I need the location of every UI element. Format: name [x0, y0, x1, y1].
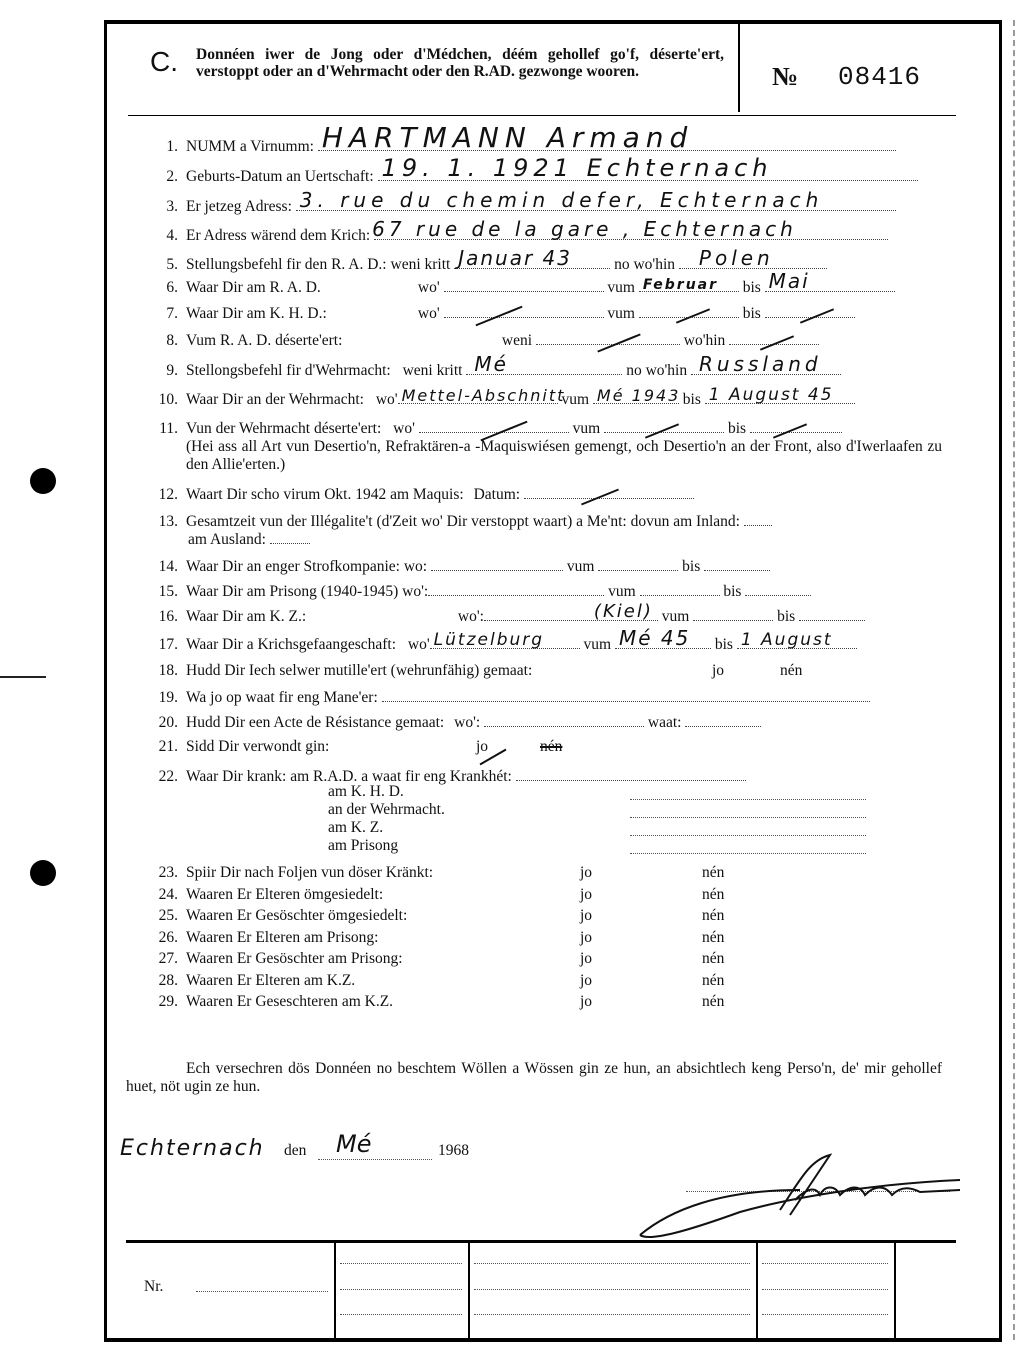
illness-prison-label: am Prisong: [328, 837, 398, 855]
question-label: Er Adress wärend dem Krich:: [186, 227, 370, 244]
form-number: 08416: [838, 62, 921, 92]
illness-prison-field[interactable]: [630, 852, 866, 854]
question-5: 5.Stellungsbefehl fir den R. A. D.: weni…: [146, 254, 827, 274]
question-number: 12.: [146, 486, 178, 504]
wehrmacht-destination-field[interactable]: Russland: [691, 360, 841, 375]
question-label: Waaren Er Gesöschter am Prisong:: [186, 950, 403, 967]
wo-label: wo': [418, 305, 440, 322]
question-number: 26.: [146, 929, 178, 947]
illness-kz-label: am K. Z.: [328, 819, 383, 837]
bis-label: bis: [777, 608, 795, 625]
q29-nen-option[interactable]: nén: [702, 993, 724, 1011]
q28-jo-option[interactable]: jo: [580, 972, 592, 990]
office-field[interactable]: [340, 1262, 462, 1264]
signing-year: 1968: [438, 1142, 469, 1160]
question-number: 22.: [146, 768, 178, 786]
declaration-text: Ech versechren dös Donnéen no beschtem W…: [126, 1060, 942, 1096]
rad-desertion-dest-field[interactable]: [729, 330, 819, 345]
question-number: 17.: [146, 636, 178, 654]
vum-label: vum: [607, 279, 635, 296]
wo-label: wo': [418, 279, 440, 296]
office-field[interactable]: [762, 1313, 888, 1315]
question-7: 7.Waar Dir am K. H. D.: wo' vum bis: [146, 303, 855, 323]
question-9: 9.Stellongsbefehl fir d'Wehrmacht: weni …: [146, 360, 841, 380]
dash-mark: [760, 335, 794, 350]
q21-jo-option[interactable]: jo: [476, 738, 488, 756]
question-8: 8.Vum R. A. D. déserte'ert: weni wo'hin: [146, 330, 819, 350]
punch-hole-top: [30, 468, 56, 494]
question-13-abroad: am Ausland:: [188, 529, 310, 549]
question-27: 27.Waaren Er Gesöschter am Prisong:: [146, 950, 403, 968]
wehrmacht-place-field[interactable]: Mettel-Abschnitt: [398, 389, 558, 404]
question-label: Waar Dir an enger Strofkompanie:: [186, 558, 400, 575]
question-28: 28.Waaren Er Elteren am K.Z.: [146, 972, 355, 990]
question-21: 21.Sidd Dir verwondt gin:: [146, 738, 329, 756]
inland-field[interactable]: [744, 511, 772, 526]
pow-to-field[interactable]: 1 August: [737, 634, 857, 649]
question-label: Waaren Er Elteren am Prisong:: [186, 929, 378, 946]
illness-wehrmacht-field[interactable]: [630, 816, 866, 818]
question-10: 10.Waar Dir an der Wehrmacht: wo'Mettel-…: [146, 389, 855, 409]
rad-desertion-date-field[interactable]: [536, 330, 680, 345]
q21-nen-option[interactable]: nén: [540, 738, 562, 756]
desertion-place-field[interactable]: [419, 418, 569, 433]
question-number: 19.: [146, 689, 178, 707]
q26-nen-option[interactable]: nén: [702, 929, 724, 947]
name-value: HARTMANN Armand: [322, 121, 694, 154]
weni-label: weni kritt: [391, 256, 451, 273]
question-label: NUMM a Virnumm:: [186, 138, 314, 155]
khd-to-field[interactable]: [765, 303, 855, 318]
rad-place-field[interactable]: [444, 277, 604, 292]
table-column-divider: [894, 1242, 896, 1338]
q26-jo-option[interactable]: jo: [580, 929, 592, 947]
office-field[interactable]: [762, 1288, 888, 1290]
rad-to-value: Mai: [769, 269, 810, 293]
question-4: 4.Er Adress wärend dem Krich: 67 rue de …: [146, 225, 888, 245]
office-field[interactable]: [474, 1262, 750, 1264]
question-label: Er jetzeg Adress:: [186, 198, 292, 215]
question-label: Waar Dir am R. A. D.: [186, 279, 414, 297]
header-rule: [128, 115, 956, 116]
question-label: Spiir Dir nach Foljen vun döser Kränkt:: [186, 864, 433, 881]
vum-label: vum: [662, 608, 690, 625]
dash-mark: [800, 308, 834, 323]
signing-place: Echternach: [120, 1136, 265, 1161]
wo-label: wo':: [454, 714, 480, 731]
datum-label: Datum:: [474, 486, 521, 503]
wehrmacht-from-field[interactable]: Mé 1943: [593, 389, 679, 404]
question-number: 1.: [146, 138, 178, 156]
dash-mark: [645, 423, 679, 438]
rad-from-field[interactable]: Februar: [639, 277, 739, 292]
current-address-value: 3. rue du chemin defer, Echternach: [300, 188, 824, 212]
nr-label: Nr.: [144, 1278, 163, 1296]
question-label: Hudd Dir Iech selwer mutille'ert (wehrun…: [186, 662, 532, 679]
rad-destination-field[interactable]: Polen: [679, 254, 827, 269]
table-column-divider: [334, 1242, 336, 1338]
question-11-note: (Hei ass all Art vun Desertio'n, Refrakt…: [186, 438, 942, 474]
vum-label: vum: [584, 636, 612, 653]
question-number: 18.: [146, 662, 178, 680]
khd-place-field[interactable]: [444, 303, 604, 318]
wo-label: wo': [408, 636, 430, 653]
prison-to-field[interactable]: [745, 581, 811, 596]
rad-destination-value: Polen: [699, 246, 774, 270]
wo-label: wo':: [402, 583, 428, 600]
question-22: 22.Waar Dir krank: am R.A.D. a waat fir …: [146, 766, 746, 786]
question-26: 26.Waaren Er Elteren am Prisong:: [146, 929, 378, 947]
question-16: 16.Waar Dir am K. Z.: wo':(Kiel) vum bis: [146, 606, 865, 626]
kz-to-field[interactable]: [799, 606, 865, 621]
question-number: 25.: [146, 907, 178, 925]
question-number: 16.: [146, 608, 178, 626]
pow-from-value: Mé 45: [619, 626, 690, 650]
wehrmacht-to-value: 1 August 45: [709, 385, 834, 405]
weni-label: weni: [502, 332, 532, 349]
q29-jo-option[interactable]: jo: [580, 993, 592, 1011]
birth-value: 19. 1. 1921 Echternach: [382, 154, 773, 182]
bis-label: bis: [723, 583, 741, 600]
question-label: Waaren Er Gesöschter ömgesiedelt:: [186, 907, 407, 924]
wohin-label: no wo'hin: [626, 362, 687, 379]
bis-label: bis: [683, 391, 701, 408]
question-number: 3.: [146, 198, 178, 216]
illness-kz-field[interactable]: [630, 834, 866, 836]
right-edge-perforation: [1013, 20, 1017, 1340]
name-field[interactable]: HARTMANN Armand: [318, 136, 896, 151]
question-number: 5.: [146, 256, 178, 274]
signing-month: Mé: [336, 1130, 371, 1158]
question-label: Hudd Dir een Acte de Résistance gemaat:: [186, 714, 444, 731]
wohin-label: no wo'hin: [614, 256, 675, 273]
illness-khd-label: am K. H. D.: [328, 783, 404, 801]
question-17: 17.Waar Dir a Krichsgefaangeschaft: wo'L…: [146, 634, 857, 654]
q27-nen-option[interactable]: nén: [702, 950, 724, 968]
question-label: Waart Dir scho virum Okt. 1942 am Maquis…: [186, 486, 464, 503]
illness-wehrmacht-label: an der Wehrmacht.: [328, 801, 445, 819]
bis-label: bis: [728, 420, 746, 437]
bis-label: bis: [682, 558, 700, 575]
war-address-value: 67 rue de la gare , Echternach: [372, 217, 797, 241]
nr-field[interactable]: [196, 1290, 328, 1292]
question-number: 28.: [146, 972, 178, 990]
office-field[interactable]: [340, 1288, 462, 1290]
number-symbol: №: [772, 62, 798, 92]
prison-place-field[interactable]: [428, 581, 604, 596]
pow-from-field[interactable]: Mé 45: [615, 634, 711, 649]
mutilation-method-field[interactable]: [382, 687, 870, 702]
resistance-place-field[interactable]: [484, 712, 644, 727]
section-letter: C.: [150, 46, 178, 78]
den-label: den: [284, 1142, 306, 1160]
question-number: 8.: [146, 332, 178, 350]
pow-place-value: Lützelburg: [434, 630, 544, 650]
kz-place-field[interactable]: (Kiel): [484, 606, 658, 621]
question-1: 1.NUMM a Virnumm: HARTMANN Armand: [146, 136, 896, 156]
question-number: 11.: [146, 420, 178, 438]
question-label: Waar Dir a Krichsgefaangeschaft:: [186, 636, 396, 653]
q23-nen-option[interactable]: nén: [702, 864, 724, 882]
wehrmacht-to-field[interactable]: 1 August 45: [705, 389, 855, 404]
wehrmacht-order-date-field[interactable]: Mé: [466, 360, 622, 375]
desertion-from-field[interactable]: [604, 418, 724, 433]
question-label: Waaren Er Elteren am K.Z.: [186, 972, 355, 989]
question-number: 27.: [146, 950, 178, 968]
vum-label: vum: [573, 420, 601, 437]
office-field[interactable]: [474, 1288, 750, 1290]
question-label: Waaren Er Geseschteren am K.Z.: [186, 993, 393, 1010]
bis-label: bis: [743, 305, 761, 322]
illness-khd-field[interactable]: [630, 798, 866, 800]
wehrmacht-place-value: Mettel-Abschnitt: [402, 386, 566, 405]
dash-mark: [773, 423, 807, 438]
signature-icon: [630, 1150, 990, 1250]
question-24: 24.Waaren Er Elteren ömgesiedelt:: [146, 886, 383, 904]
bis-label: bis: [743, 279, 761, 296]
punch-hole-bottom: [30, 860, 56, 886]
question-15: 15.Waar Dir am Prisong (1940-1945) wo': …: [146, 581, 811, 601]
question-number: 2.: [146, 168, 178, 186]
q18-nen-option[interactable]: nén: [780, 662, 802, 680]
vum-label: vum: [608, 583, 636, 600]
question-label: Waar Dir am Prisong (1940-1945): [186, 583, 398, 600]
wo-label: wo:: [404, 558, 427, 575]
wehrmacht-from-value: Mé 1943: [597, 386, 680, 405]
question-number: 10.: [146, 391, 178, 409]
wo-label: wo':: [458, 608, 484, 625]
question-label: Gesamtzeit vun der Illégalite't (d'Zeit …: [186, 513, 740, 530]
vum-label: vum: [607, 305, 635, 322]
dash-mark: [676, 308, 710, 323]
ausland-label: am Ausland:: [188, 531, 266, 548]
q28-nen-option[interactable]: nén: [702, 972, 724, 990]
question-number: 9.: [146, 362, 178, 380]
wehrmacht-destination-value: Russland: [699, 352, 822, 376]
question-number: 20.: [146, 714, 178, 732]
question-label: Stellongsbefehl fir d'Wehrmacht:: [186, 362, 391, 379]
table-column-divider: [468, 1242, 470, 1338]
khd-from-field[interactable]: [639, 303, 739, 318]
question-number: 24.: [146, 886, 178, 904]
office-field[interactable]: [474, 1313, 750, 1315]
bis-label: bis: [715, 636, 733, 653]
q25-nen-option[interactable]: nén: [702, 907, 724, 925]
question-number: 15.: [146, 583, 178, 601]
question-20: 20.Hudd Dir een Acte de Résistance gemaa…: [146, 712, 761, 732]
question-number: 13.: [146, 513, 178, 531]
question-25: 25.Waaren Er Gesöschter ömgesiedelt:: [146, 907, 407, 925]
form-title: Donnéen iwer de Jong oder d'Médchen, déé…: [196, 46, 724, 80]
question-number: 23.: [146, 864, 178, 882]
wehrmacht-order-date-value: Mé: [474, 352, 508, 376]
question-number: 21.: [146, 738, 178, 756]
office-field[interactable]: [762, 1262, 888, 1264]
form-page: C. Donnéen iwer de Jong oder d'Médchen, …: [0, 0, 1024, 1362]
question-number: 6.: [146, 279, 178, 297]
question-2: 2.Geburts-Datum an Uertschaft: 19. 1. 19…: [146, 166, 918, 186]
question-label: Waar Dir am K. H. D.:: [186, 305, 414, 323]
waat-label: waat:: [648, 714, 682, 731]
question-number: 4.: [146, 227, 178, 245]
strafkompanie-to-field[interactable]: [704, 556, 770, 571]
war-address-field[interactable]: 67 rue de la gare , Echternach: [374, 225, 888, 240]
question-number: 29.: [146, 993, 178, 1011]
weni-label: weni kritt: [403, 362, 463, 379]
question-label: Waar Dir an der Wehrmacht:: [186, 391, 364, 408]
wohin-label: wo'hin: [684, 332, 726, 349]
vum-label: vum: [567, 558, 595, 575]
current-address-field[interactable]: 3. rue du chemin defer, Echternach: [296, 196, 896, 211]
question-label: Waaren Er Elteren ömgesiedelt:: [186, 886, 383, 903]
question-11: 11.Vun der Wehrmacht déserte'ert: wo' vu…: [146, 418, 842, 438]
question-13: 13.Gesamtzeit vun der Illégalite't (d'Ze…: [146, 511, 772, 531]
fold-mark: [0, 676, 46, 678]
question-label: Wa jo op waat fir eng Mane'er:: [186, 689, 378, 706]
rad-order-date-value: Januar 43: [458, 246, 572, 270]
q27-jo-option[interactable]: jo: [580, 950, 592, 968]
rad-from-value: Februar: [643, 277, 718, 293]
header-divider: [738, 24, 740, 112]
kz-from-field[interactable]: [693, 606, 773, 621]
question-number: 14.: [146, 558, 178, 576]
rad-to-field[interactable]: Mai: [765, 277, 895, 292]
dash-mark: [581, 489, 619, 506]
q25-jo-option[interactable]: jo: [580, 907, 592, 925]
dash-mark: [597, 333, 640, 352]
question-23: 23.Spiir Dir nach Foljen vun döser Kränk…: [146, 864, 433, 882]
rad-order-date-field[interactable]: Januar 43: [454, 254, 610, 269]
pow-place-field[interactable]: Lützelburg: [430, 634, 580, 649]
question-label: Sidd Dir verwondt gin:: [186, 738, 329, 755]
ausland-field[interactable]: [270, 529, 310, 544]
kz-place-value: (Kiel): [594, 601, 653, 622]
resistance-act-field[interactable]: [685, 712, 761, 727]
pow-to-value: 1 August: [741, 630, 833, 650]
question-14: 14.Waar Dir an enger Strofkompanie: wo: …: [146, 556, 770, 576]
vum-label: vum: [561, 391, 589, 408]
question-6: 6.Waar Dir am R. A. D. wo' vum Februar b…: [146, 277, 895, 297]
maquis-date-field[interactable]: [524, 484, 694, 499]
table-column-divider: [756, 1242, 758, 1338]
q18-jo-option[interactable]: jo: [712, 662, 724, 680]
question-12: 12.Waart Dir scho virum Okt. 1942 am Maq…: [146, 484, 694, 504]
strafkompanie-place-field[interactable]: [431, 556, 563, 571]
question-label: Geburts-Datum an Uertschaft:: [186, 168, 374, 185]
q24-jo-option[interactable]: jo: [580, 886, 592, 904]
birth-field[interactable]: 19. 1. 1921 Echternach: [378, 166, 918, 181]
question-label: Vun der Wehrmacht déserte'ert:: [186, 420, 381, 437]
question-19: 19.Wa jo op waat fir eng Mane'er:: [146, 687, 870, 707]
wo-label: wo': [376, 391, 398, 408]
question-29: 29.Waaren Er Geseschteren am K.Z.: [146, 993, 393, 1011]
question-number: 7.: [146, 305, 178, 323]
question-label: Stellungsbefehl fir den R. A. D.:: [186, 256, 387, 273]
desertion-to-field[interactable]: [750, 418, 842, 433]
question-label: Waar Dir am K. Z.:: [186, 608, 454, 626]
signing-month-field[interactable]: [318, 1158, 432, 1160]
prison-from-field[interactable]: [640, 581, 720, 596]
office-field[interactable]: [340, 1313, 462, 1315]
illness-rad-field[interactable]: [516, 766, 746, 781]
q24-nen-option[interactable]: nén: [702, 886, 724, 904]
question-18: 18.Hudd Dir Iech selwer mutille'ert (weh…: [146, 662, 532, 680]
strafkompanie-from-field[interactable]: [598, 556, 678, 571]
question-label: Vum R. A. D. déserte'ert:: [186, 332, 498, 350]
office-section-rule: [126, 1240, 956, 1243]
question-3: 3.Er jetzeg Adress: 3. rue du chemin def…: [146, 196, 896, 216]
q23-jo-option[interactable]: jo: [580, 864, 592, 882]
wo-label: wo': [393, 420, 415, 437]
